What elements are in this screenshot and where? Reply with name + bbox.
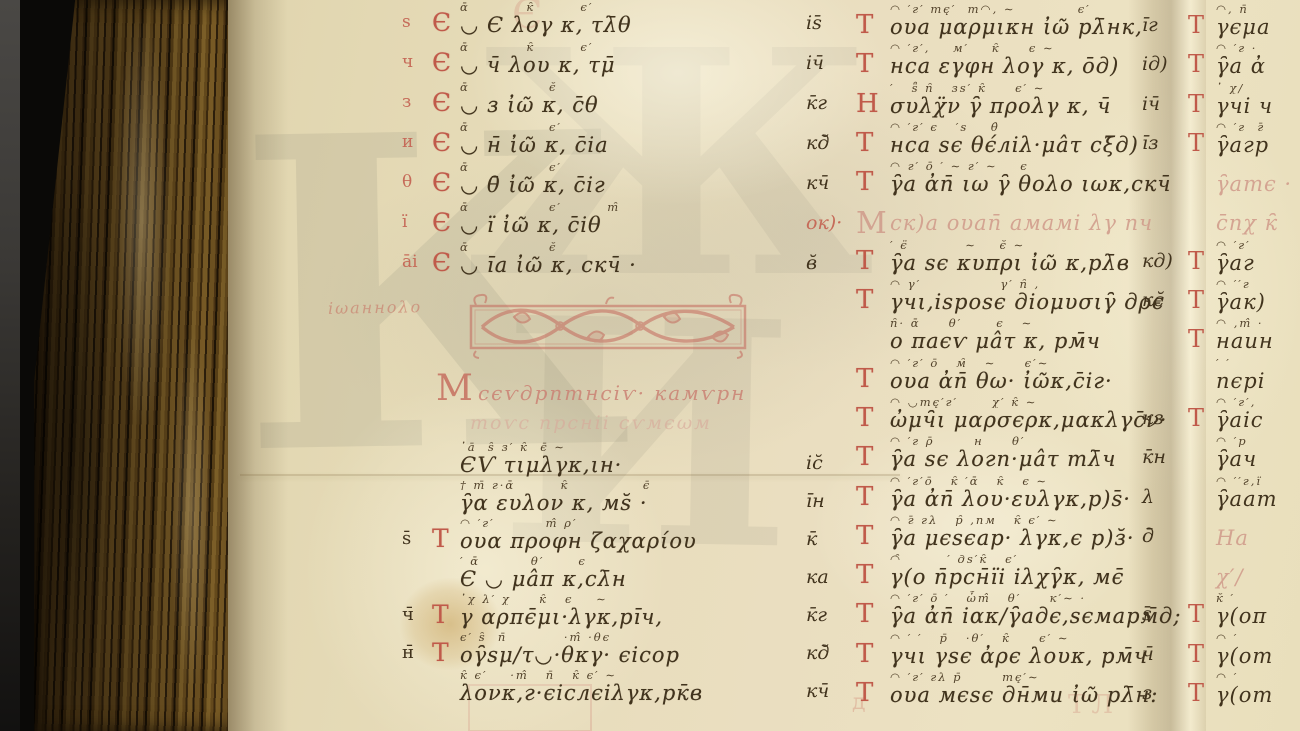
initial-letter: Н: [856, 81, 890, 119]
margin-numeral: [402, 668, 432, 680]
manuscript-line: ід) Т ◠ ′г ·γ̑а ἀ: [1142, 41, 1300, 80]
manuscript-line: к̄н ◠ ′рγ̑ач: [1142, 434, 1300, 473]
manuscript-line: ′ ᾱ θ′ єЄ ◡ μа̂π κ,сλ̄н ка: [402, 554, 864, 592]
line-number: кз: [1142, 395, 1188, 429]
line-text: † т̄ г·ᾱ к̑ є̄γ̑α ευλον κ, мѕ̆ ·: [460, 478, 806, 515]
left-column-lower: ᾿а̄ ѕ̑ з′ к̑ є̄ ∼ЄѴ τιμλγκ,ιн· іс̆ † т̄ …: [402, 440, 864, 706]
line-text: к̆ ′γ(оπ: [1216, 591, 1300, 628]
initial-letter: Є: [432, 40, 460, 77]
line-number: [1142, 316, 1188, 328]
manuscript-line: Т ◠ ,т̂ ·наин: [1142, 316, 1300, 355]
manuscript-line: γ̑атє ·: [1142, 159, 1300, 198]
initial-letter: Т: [856, 120, 890, 158]
line-text: ◠ ′г г̄γ̑агр: [1216, 120, 1300, 157]
initial-letter: [1188, 552, 1216, 561]
manuscript-line: и Є ᾱ є′◡ н̄ ἰῶ κ, с̄іа кд̆: [402, 120, 864, 160]
margin-numeral: н̄: [402, 630, 432, 663]
initial-letter: Т: [1188, 2, 1216, 39]
line-text: к̑ є′ ·т̂ п̄ к̑ є′ ∼λονκ,г·єіслєіλγκ,рк̄…: [460, 668, 806, 705]
line-text: ◠ ′г′γ̑аг: [1216, 238, 1300, 275]
line-text: ◠ ′γ(от: [1216, 631, 1300, 668]
initial-letter: Т: [1188, 238, 1216, 275]
initial-letter: Т: [856, 434, 890, 472]
manuscript-line: ч̄ Т ◠ ′γ(от: [1142, 631, 1300, 670]
manuscript-line: λ ◠ ′′г,їγ̑аат: [1142, 474, 1300, 513]
line-text: На: [1216, 513, 1300, 550]
line-text: ᾿χ λ′ χ к̑ є ∼γ αρπє̄μι·λγκ,рі̄ч,: [460, 592, 806, 629]
initial-letter: Т: [856, 2, 890, 40]
initial-letter: Т: [1188, 591, 1216, 628]
manuscript-line: χ′/: [1142, 552, 1300, 591]
line-number: кд): [1142, 238, 1188, 272]
initial-letter: Є: [432, 120, 460, 157]
line-number: і̄г: [1142, 2, 1188, 36]
line-text: ◠ ′г′,γ̑аіс: [1216, 395, 1300, 432]
margin-numeral: [402, 554, 432, 566]
manuscript-line: з Є ᾱ є̆◡ з ἰῶ κ, с̄θ к̄г: [402, 80, 864, 120]
manuscript-line: з Т ◠ ′γ(от: [1142, 670, 1300, 709]
manuscript-line: к̑ є′ ·т̂ п̄ к̑ є′ ∼λονκ,г·єіслєіλγκ,рк̄…: [402, 668, 864, 706]
heading-initial: М: [436, 368, 473, 409]
line-text: ′ ′пєрі: [1216, 356, 1300, 393]
initial-letter: [1188, 434, 1216, 443]
initial-letter: [432, 668, 460, 676]
line-text: ᾱ є′ т̑◡ ї ἰῶ κ, с̄іθ: [460, 200, 806, 237]
line-number: [1142, 198, 1188, 210]
initial-letter: Є: [432, 80, 460, 117]
initial-letter: [432, 440, 460, 448]
faded-red-marginal-caption: іωанноλо: [328, 297, 423, 318]
initial-letter: Є: [432, 200, 460, 237]
line-number: λ: [1142, 474, 1188, 508]
initial-letter: [1188, 159, 1216, 168]
initial-letter: Т: [1188, 670, 1216, 707]
manuscript-line: і̄г Т ◠, п̄γєμа: [1142, 2, 1300, 41]
initial-letter: Т: [856, 631, 890, 669]
line-text: ◠, п̄γєμа: [1216, 2, 1300, 39]
manuscript-line: а̄і Є ᾱ є̆◡ і̄а ἰῶ κ, скч̄ · в̆: [402, 240, 864, 280]
manuscript-line: кд) Т ◠ ′г′γ̑аг: [1142, 238, 1300, 277]
manuscript-line: θ Є ᾱ є′◡ θ̄ ἰῶ κ, с̄іг кч̄: [402, 160, 864, 200]
manuscript-line: кє̆ Т ◠ ′′гγ̑ак): [1142, 277, 1300, 316]
manuscript-line: ѕ̄ Т ◠ ′г′ т̂ ρ′ουα προφн ζαχαρίου к̄: [402, 516, 864, 554]
margin-numeral: [402, 440, 432, 452]
initial-letter: [1188, 474, 1216, 483]
manuscript-line: ч Є ᾱ к̑ є′◡ ч̄ λου κ, τμ̄ іч̄: [402, 40, 864, 80]
line-text: ᾿ χ/γчі ч: [1216, 81, 1300, 118]
line-text: γ̑атє ·: [1216, 159, 1300, 196]
line-number: д̄: [1142, 513, 1188, 547]
initial-letter: Т: [432, 592, 460, 629]
left-column: ѕ Є ᾱ к̑ є′◡ Є λογ κ, τλ̄θ іѕ̄ ч Є ᾱ к̑ …: [402, 0, 864, 280]
initial-letter: [856, 316, 890, 324]
line-number: ч̄: [1142, 631, 1188, 665]
line-text: ◠ ′γ(от: [1216, 670, 1300, 707]
initial-letter: Т: [1188, 631, 1216, 668]
line-text: ◠ ′г ·γ̑а ἀ: [1216, 41, 1300, 78]
initial-letter: Т: [856, 277, 890, 315]
manuscript-photo: К Ж И Є ТЛ д іωанноλо ѕ Є ᾱ к̑ є′◡ Є λογ…: [0, 0, 1300, 731]
manuscript-line: ї Є ᾱ є′ т̑◡ ї ἰῶ κ, с̄іθ ок)·: [402, 200, 864, 240]
margin-numeral: ч̄: [402, 592, 432, 625]
margin-numeral: з: [402, 80, 432, 112]
line-number: і̄з: [1142, 120, 1188, 154]
margin-numeral: ѕ: [402, 0, 432, 32]
initial-letter: Т: [1188, 41, 1216, 78]
line-text: ᾿а̄ ѕ̑ з′ к̑ є̄ ∼ЄѴ τιμλγκ,ιн·: [460, 440, 806, 477]
headpiece-ornament: [468, 293, 750, 359]
line-text: ᾱ є′◡ н̄ ἰῶ κ, с̄іа: [460, 120, 806, 157]
line-number: [1142, 356, 1188, 368]
section-subheading: тоѵс прсніі сѵмєωм: [470, 412, 712, 434]
manuscript-line: ′ ′пєрі: [1142, 356, 1300, 395]
margin-numeral: и: [402, 120, 432, 152]
initial-letter: Є: [432, 160, 460, 197]
manuscript-line: ѕ̄ Т к̆ ′γ(оπ: [1142, 591, 1300, 630]
margin-numeral: ї: [402, 200, 432, 232]
line-number: [1142, 552, 1188, 564]
margin-numeral: θ: [402, 160, 432, 192]
line-number: з: [1142, 670, 1188, 704]
manuscript-line: ч̄ Т ᾿χ λ′ χ к̑ є ∼γ αρπє̄μι·λγκ,рі̄ч, к…: [402, 592, 864, 630]
line-text: ᾱ к̑ є′◡ Є λογ κ, τλ̄θ: [460, 0, 806, 37]
initial-letter: [432, 554, 460, 562]
manuscript-line: н̄ Т є′ ѕ̑ п̄ ·т̂ ·θєογ̑ѕμ/τ◡·θκγ· єісор…: [402, 630, 864, 668]
initial-letter: Т: [432, 630, 460, 667]
initial-letter: [432, 478, 460, 486]
section-heading: М сєѵдрптнсіѵ· камѵрн: [436, 368, 746, 409]
manuscript-line: с̄пχ к̑: [1142, 198, 1300, 237]
initial-letter: [1188, 513, 1216, 522]
manuscript-line: і̄з Т ◠ ′г г̄γ̑агр: [1142, 120, 1300, 159]
initial-letter: Т: [432, 516, 460, 553]
right-column-clipped: і̄г Т ◠, п̄γєμа ід) Т ◠ ′г ·γ̑а ἀ іч̄ Т …: [1142, 2, 1300, 709]
line-text: ◠ ′рγ̑ач: [1216, 434, 1300, 471]
initial-letter: Т: [1188, 81, 1216, 118]
initial-letter: Є: [432, 240, 460, 277]
margin-numeral: [402, 478, 432, 490]
line-text: ᾱ є′◡ θ̄ ἰῶ κ, с̄іг: [460, 160, 806, 197]
manuscript-line: ᾿а̄ ѕ̑ з′ к̑ є̄ ∼ЄѴ τιμλγκ,ιн· іс̆: [402, 440, 864, 478]
line-text: ᾱ є̆◡ з ἰῶ κ, с̄θ: [460, 80, 806, 117]
line-number: [1142, 159, 1188, 171]
line-text: ◠ ′г′ т̂ ρ′ουα προφн ζαχαρίου: [460, 516, 806, 553]
line-text: ◠ ,т̂ ·наин: [1216, 316, 1300, 353]
line-text: ◠ ′′гγ̑ак): [1216, 277, 1300, 314]
line-number: кє̆: [1142, 277, 1188, 311]
initial-letter: Т: [856, 356, 890, 394]
margin-numeral: ѕ̄: [402, 516, 432, 549]
initial-letter: М: [856, 198, 890, 241]
initial-letter: Т: [856, 474, 890, 512]
initial-letter: [1188, 356, 1216, 365]
line-number: к̄н: [1142, 434, 1188, 468]
initial-letter: Т: [1188, 277, 1216, 314]
page-gutter-shadow: [228, 0, 288, 731]
line-text: с̄пχ к̑: [1216, 198, 1300, 235]
initial-letter: [1188, 198, 1216, 207]
line-number: ід): [1142, 41, 1188, 75]
line-text: є′ ѕ̑ п̄ ·т̂ ·θєογ̑ѕμ/τ◡·θκγ· єісор: [460, 630, 806, 667]
margin-numeral: а̄і: [402, 240, 432, 272]
initial-letter: Т: [1188, 316, 1216, 353]
heading-text: сєѵдрптнсіѵ· камѵрн: [478, 381, 746, 405]
margin-numeral: ч: [402, 40, 432, 72]
initial-letter: Т: [856, 552, 890, 590]
line-text: χ′/: [1216, 552, 1300, 589]
initial-letter: Т: [856, 159, 890, 197]
manuscript-line: † т̄ г·ᾱ к̑ є̄γ̑α ευλον κ, мѕ̆ · і̄н: [402, 478, 864, 516]
initial-letter: Т: [856, 513, 890, 551]
manuscript-line: ѕ Є ᾱ к̑ є′◡ Є λογ κ, τλ̄θ іѕ̄: [402, 0, 864, 40]
initial-letter: Т: [856, 670, 890, 708]
manuscript-line: кз Т ◠ ′г′,γ̑аіс: [1142, 395, 1300, 434]
line-number: іч̄: [1142, 81, 1188, 115]
line-text: ᾱ є̆◡ і̄а ἰῶ κ, скч̄ ·: [460, 240, 806, 277]
initial-letter: Т: [856, 591, 890, 629]
line-text: ◠ ′′г,їγ̑аат: [1216, 474, 1300, 511]
line-number: ѕ̄: [1142, 591, 1188, 625]
initial-letter: Є: [432, 0, 460, 37]
initial-letter: Т: [856, 395, 890, 433]
initial-letter: Т: [1188, 395, 1216, 432]
manuscript-line: д̄ На: [1142, 513, 1300, 552]
line-text: ᾱ к̑ є′◡ ч̄ λου κ, τμ̄: [460, 40, 806, 77]
initial-letter: Т: [856, 238, 890, 276]
line-text: ′ ᾱ θ′ єЄ ◡ μа̂π κ,сλ̄н: [460, 554, 806, 591]
initial-letter: Т: [856, 41, 890, 79]
manuscript-line: іч̄ Т ᾿ χ/γчі ч: [1142, 81, 1300, 120]
initial-letter: Т: [1188, 120, 1216, 157]
